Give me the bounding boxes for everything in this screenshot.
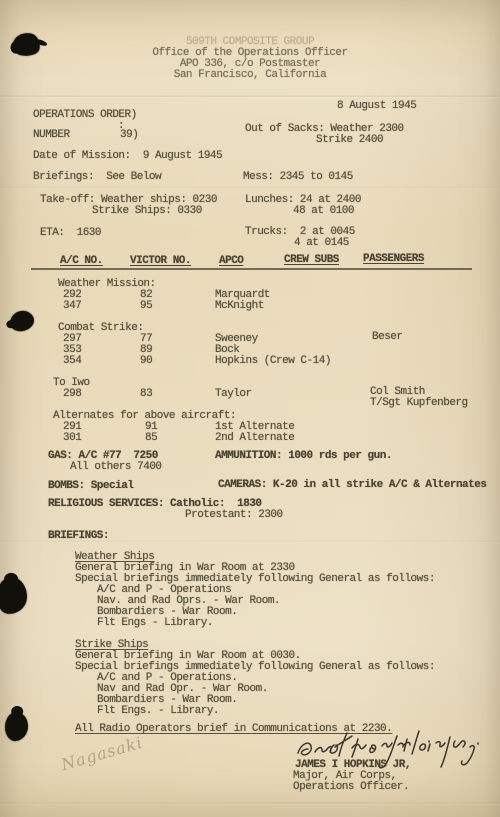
- pencil-note: Nagasaki: [59, 733, 145, 774]
- ink-blot-left-upper: [9, 310, 35, 332]
- table-cell: 301: [63, 433, 81, 444]
- bombs-line: BOMBS: Special: [48, 481, 133, 492]
- table-cell-passenger: Beser: [372, 332, 403, 343]
- document-date: 8 August 1945: [337, 101, 416, 112]
- strike-ships-sub-4: Flt Engs. - Library.: [97, 706, 219, 717]
- table-cell-passenger: T/Sgt Kupfenberg: [370, 398, 468, 409]
- table-cell: 95: [140, 301, 152, 312]
- mess-line: Mess: 2345 to 0145: [243, 172, 353, 183]
- gas-line-2: All others 7400: [70, 462, 162, 473]
- table-cell: 298: [63, 389, 81, 400]
- table-header-rule: [31, 268, 472, 270]
- lunches-2: 48 at 0100: [293, 206, 354, 217]
- crease-line: [0, 802, 500, 805]
- cameras-line: CAMERAS: K-20 in all strike A/C & Altern…: [218, 480, 486, 491]
- crease-line: [0, 95, 500, 98]
- signature-typed-title: Operations Officer.: [293, 782, 409, 793]
- ink-blot-left-lower: [4, 711, 28, 741]
- ink-blot-left-middle: [0, 576, 28, 615]
- order-number-label: NUMBER: [33, 130, 70, 141]
- table-header-passengers: PASSENGERS: [363, 254, 424, 265]
- crease-line: [0, 186, 500, 189]
- eta-line: ETA: 1630: [40, 228, 101, 239]
- document-page: 509TH COMPOSITE GROUP Office of the Oper…: [0, 0, 500, 817]
- table-cell: 2nd Alternate: [215, 433, 294, 444]
- religious-services-line-2: Protestant: 2300: [185, 510, 283, 521]
- weather-ships-sub-4: Flt Engs - Library.: [97, 618, 213, 629]
- ammunition-line: AMMUNITION: 1000 rds per gun.: [215, 451, 392, 462]
- letterhead-city: San Francisco, California: [0, 70, 500, 81]
- table-cell: 354: [63, 356, 81, 367]
- table-cell: Taylor: [215, 389, 252, 400]
- table-header-crew-subs: CREW SUBS: [284, 255, 339, 266]
- table-cell: 83: [140, 389, 152, 400]
- order-number-value: 39): [120, 130, 138, 141]
- table-cell: McKnight: [215, 301, 264, 312]
- trucks-2: 4 at 0145: [294, 238, 349, 249]
- briefings-heading: BRIEFINGS:: [48, 531, 109, 542]
- out-of-sacks-strike: Strike 2400: [316, 135, 383, 146]
- table-header-victor-no: VICTOR NO.: [130, 256, 191, 267]
- date-of-mission: Date of Mission: 9 August 1945: [33, 151, 222, 162]
- table-cell: Hopkins (Crew C-14): [215, 356, 331, 367]
- table-header-ac-no: A/C NO.: [60, 256, 103, 267]
- table-cell: 85: [145, 433, 157, 444]
- briefings-line: Briefings: See Below: [33, 172, 161, 183]
- table-cell: 90: [140, 356, 152, 367]
- takeoff-strike: Strike Ships: 0330: [92, 206, 202, 217]
- table-header-apco: APCO: [219, 256, 243, 267]
- table-cell: 347: [63, 301, 81, 312]
